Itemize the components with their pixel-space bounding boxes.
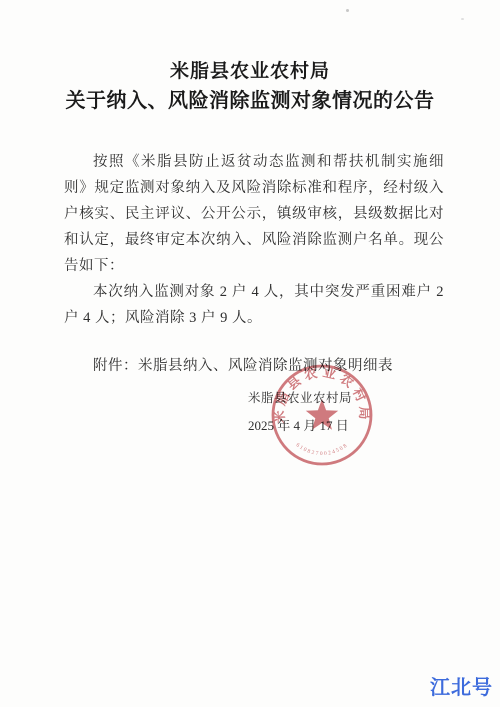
signature-date: 2025 年 4 月 17 日 (248, 418, 348, 434)
scan-speck (461, 18, 464, 20)
title-issuing-org: 米脂县农业农村局 (0, 58, 500, 86)
attachment-line: 附件：米脂县纳入、风险消除监测对象明细表 (64, 353, 444, 379)
scan-speck (346, 9, 349, 12)
seal-serial-number: 6108270024508 (295, 442, 350, 457)
title-subject: 关于纳入、风险消除监测对象情况的公告 (0, 86, 500, 116)
paragraph-procedure: 按照《米脂县防止返贫动态监测和帮扶机制实施细则》规定监测对象纳入及风险消除标准和… (64, 149, 444, 279)
signature-block: 米脂县农业农村局 2025 年 4 月 17 日 (248, 390, 348, 434)
document-title: 米脂县农业农村局 关于纳入、风险消除监测对象情况的公告 (0, 58, 500, 116)
signature-org-name: 米脂县农业农村局 (248, 390, 348, 406)
paragraph-statistics: 本次纳入监测对象 2 户 4 人，其中突发严重困难户 2 户 4 人；风险消除 … (64, 279, 444, 331)
watermark-jiangbeihao: 江北号 (430, 671, 493, 700)
document-body: 按照《米脂县防止返贫动态监测和帮扶机制实施细则》规定监测对象纳入及风险消除标准和… (64, 149, 444, 379)
scanned-announcement-page: 米脂县农业农村局 关于纳入、风险消除监测对象情况的公告 按照《米脂县防止返贫动态… (0, 0, 500, 707)
